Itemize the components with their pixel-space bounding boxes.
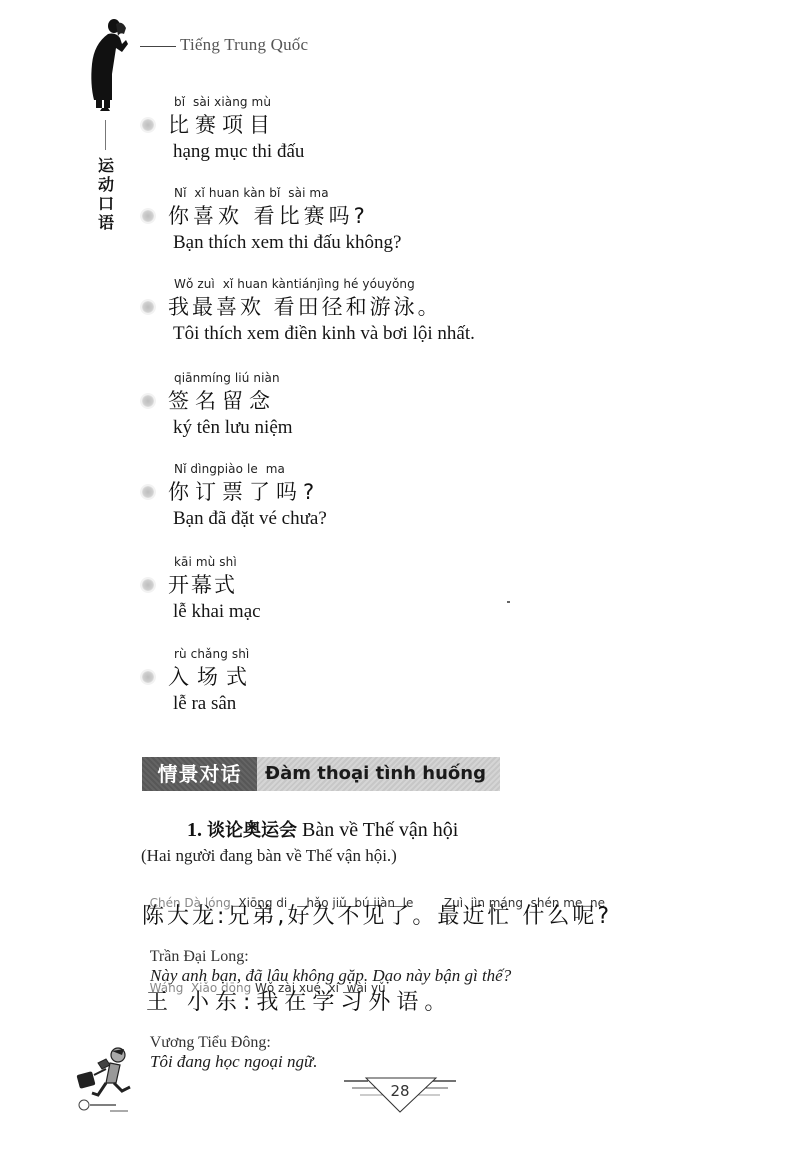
phrase-pinyin: rù chǎng shì bbox=[174, 647, 249, 661]
phrase-translation: ký tên lưu niệm bbox=[173, 417, 293, 439]
dialogue-title-zh: 谈论奥运会 bbox=[207, 820, 297, 841]
phrase-translation: Bạn thích xem thi đấu không? bbox=[173, 232, 401, 254]
running-header-title: Tiếng Trung Quốc bbox=[180, 35, 308, 55]
phrase-hanzi: 我最喜欢 看田径和游泳。 bbox=[168, 291, 442, 321]
bullet-dot-icon bbox=[142, 119, 154, 131]
phrase-translation: Bạn đã đặt vé chưa? bbox=[173, 508, 327, 530]
dialogue-number: 1. bbox=[187, 819, 202, 841]
phrase-translation: lễ khai mạc bbox=[173, 601, 261, 623]
phrase-hanzi: 开幕式 bbox=[168, 569, 237, 599]
section-banner-vi: Đàm thoại tình huống bbox=[257, 757, 500, 791]
man-listening-figure-icon bbox=[82, 14, 132, 112]
chapter-side-label: 运 动 口 语 bbox=[94, 156, 118, 232]
speaker-vi: Vương Tiểu Đông: bbox=[150, 1034, 271, 1051]
side-divider bbox=[105, 120, 106, 150]
phrase-translation: hạng mục thi đấu bbox=[173, 141, 304, 163]
side-label-char: 运 bbox=[94, 156, 118, 175]
bullet-dot-icon bbox=[142, 671, 154, 683]
phrase-pinyin: Wǒ zuì xǐ huan kàntiánjìng hé yóuyǒng bbox=[174, 277, 415, 291]
phrase-translation: Tôi thích xem điền kinh và bơi lội nhất. bbox=[173, 323, 475, 345]
speaker-vi: Trần Đại Long: bbox=[150, 948, 249, 965]
header-rule bbox=[140, 46, 176, 47]
bullet-dot-icon bbox=[142, 301, 154, 313]
side-label-char: 口 bbox=[94, 194, 118, 213]
phrase-pinyin: Nǐ dìngpiào le ma bbox=[174, 462, 285, 476]
dialogue-subtitle: (Hai người đang bàn về Thế vận hội.) bbox=[141, 846, 397, 866]
phrase-pinyin: bǐ sài xiàng mù bbox=[174, 95, 271, 109]
dialogue-line-hanzi: 王 小东:我在学习外语。 bbox=[146, 985, 452, 1016]
page-number-badge: 28 bbox=[340, 1074, 460, 1114]
dialogue-title: 1. 谈论奥运会 Bàn về Thế vận hội bbox=[187, 816, 458, 842]
phrase-hanzi: 你订票了吗? bbox=[168, 476, 320, 506]
section-banner: 情景对话 Đàm thoại tình huống bbox=[142, 757, 500, 791]
bullet-dot-icon bbox=[142, 395, 154, 407]
phrase-pinyin: kāi mù shì bbox=[174, 555, 237, 569]
dialogue-title-vi: Bàn về Thế vận hội bbox=[302, 819, 458, 841]
dialogue-line-hanzi: 陈大龙:兄弟,好久不见了。最近忙 什么呢? bbox=[142, 899, 612, 930]
line-translation-text: Tôi đang học ngoại ngữ. bbox=[150, 1052, 317, 1071]
bullet-dot-icon bbox=[142, 579, 154, 591]
phrase-hanzi: 比赛项目 bbox=[168, 109, 276, 139]
phrase-hanzi: 入场式 bbox=[168, 661, 255, 691]
page-number: 28 bbox=[340, 1082, 460, 1100]
bullet-dot-icon bbox=[142, 486, 154, 498]
phrase-translation: lễ ra sân bbox=[173, 693, 236, 715]
print-speck bbox=[507, 601, 510, 603]
side-label-char: 动 bbox=[94, 175, 118, 194]
phrase-hanzi: 你喜欢 看比赛吗? bbox=[168, 200, 369, 230]
phrase-pinyin: Nǐ xǐ huan kàn bǐ sài ma bbox=[174, 186, 329, 200]
dialogue-line-translation: Vương Tiểu Đông: Tôi đang học ngoại ngữ. bbox=[142, 1016, 317, 1072]
running-businessman-figure-icon bbox=[76, 1043, 138, 1115]
side-label-char: 语 bbox=[94, 213, 118, 232]
phrase-hanzi: 签名留念 bbox=[168, 385, 276, 415]
bullet-dot-icon bbox=[142, 210, 154, 222]
phrase-pinyin: qiānmíng liú niàn bbox=[174, 371, 280, 385]
section-banner-zh: 情景对话 bbox=[142, 757, 257, 791]
